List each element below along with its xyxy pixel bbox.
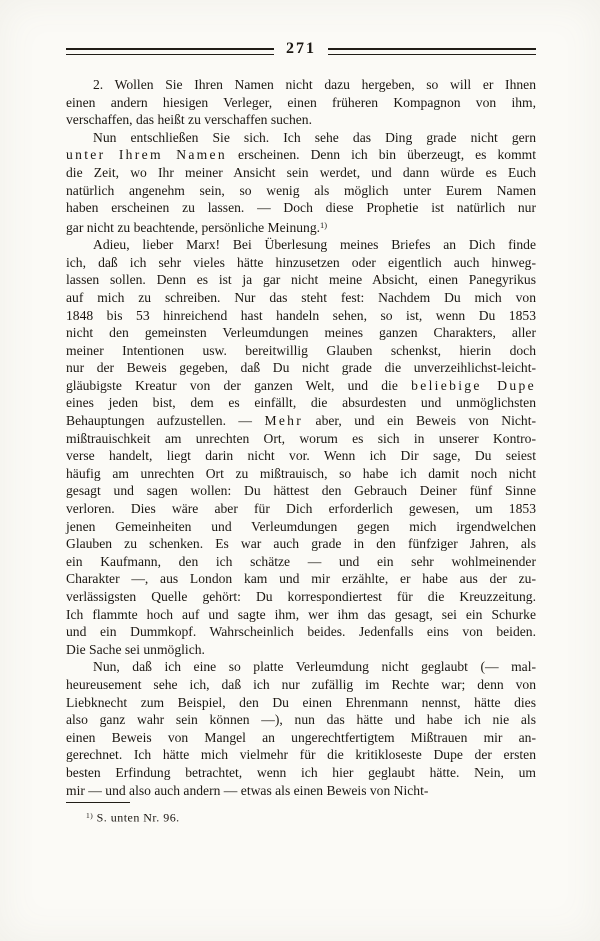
text-line: Die Sache sei unmöglich.	[66, 641, 536, 659]
text-line: Adieu, lieber Marx! Bei Überlesung meine…	[66, 236, 536, 254]
text-line: einen Beweis von Mangel an ungerechtfert…	[66, 729, 536, 747]
text-line: Charakter —, aus London kam und mir erzä…	[66, 570, 536, 588]
text-line: Nun entschließen Sie sich. Ich sehe das …	[66, 129, 536, 147]
text-line: nicht den gemeinsten Verleumdungen meine…	[66, 324, 536, 342]
footnote-body: S. unten Nr. 96.	[93, 810, 180, 824]
text-line: natürlich angenehm sein, so wenig als mö…	[66, 182, 536, 200]
text-line: lassen sollen. Denn es ist ja gar nicht …	[66, 271, 536, 289]
text-line: gerechnet. Ich hätte mich vielmehr für d…	[66, 746, 536, 764]
text-line: nur der Beweis gegeben, daß Du nicht gra…	[66, 359, 536, 377]
text-line: verschaffen, das heißt zu verschaffen su…	[66, 111, 536, 129]
text-line: gar nicht zu beachtende, persönliche Mei…	[66, 217, 536, 236]
text-line: Ich flammte hoch auf und sagte ihm, wer …	[66, 606, 536, 624]
text-line: also ganz wahr sein können —), nun das h…	[66, 711, 536, 729]
text-line: haben erscheinen zu lassen. — Doch diese…	[66, 199, 536, 217]
text-line: auf mich zu schreiben. Nur das steht fes…	[66, 289, 536, 307]
text-line: häufig am unrechten Ort zu mißtrauisch, …	[66, 465, 536, 483]
page-number: 271	[286, 40, 316, 58]
text-line: mir — und also auch andern — etwas als e…	[66, 782, 536, 800]
header-rule-left	[66, 48, 274, 55]
text-line: verlässigsten Quelle gehört: Du korrespo…	[66, 588, 536, 606]
footnote: 1) S. unten Nr. 96.	[66, 802, 536, 825]
text-line: Glauben zu schenken. Es war auch grade i…	[66, 535, 536, 553]
text-line: Liebknecht zum Beispiel, den Du einen Eh…	[66, 694, 536, 712]
text-line: verloren. Dies wäre aber für Dich erford…	[66, 500, 536, 518]
text-line: eines jeden bist, dem es einfällt, die a…	[66, 394, 536, 412]
text-line: und ein Dummkopf. Wahrscheinlich beides.…	[66, 623, 536, 641]
text-line: ein Kaufmann, den ich schätze — und ein …	[66, 553, 536, 571]
paragraph: Nun, daß ich eine so platte Verleumdung …	[66, 658, 536, 799]
paragraph: Adieu, lieber Marx! Bei Überlesung meine…	[66, 236, 536, 658]
text-line: unter Ihrem Namen erscheinen. Denn ich b…	[66, 146, 536, 164]
text-line: meiner Intentionen usw. bereitwillig Gla…	[66, 342, 536, 360]
text-line: gesagt und sagen wollen: Du hättest den …	[66, 482, 536, 500]
text-line: 2. Wollen Sie Ihren Namen nicht dazu her…	[66, 76, 536, 94]
text-line: die Zeit, wo Ihr meiner Ansicht sein wer…	[66, 164, 536, 182]
paragraph: 2. Wollen Sie Ihren Namen nicht dazu her…	[66, 76, 536, 129]
footnote-text: 1) S. unten Nr. 96.	[66, 808, 536, 825]
text-line: einen andern hiesigen Verleger, einen fr…	[66, 94, 536, 112]
text-line: ich, daß ich sehr vieles hätte hinzusetz…	[66, 254, 536, 272]
body-text: 2. Wollen Sie Ihren Namen nicht dazu her…	[66, 76, 536, 799]
text-line: 1848 bis 53 hinreichend hast handeln seh…	[66, 307, 536, 325]
paragraph: Nun entschließen Sie sich. Ich sehe das …	[66, 129, 536, 236]
text-line: Behauptungen aufzustellen. — Mehr aber, …	[66, 412, 536, 430]
text-line: besten Erfindung betrachtet, wenn ich hi…	[66, 764, 536, 782]
page-header: 271	[66, 42, 536, 60]
text-line: verse handelt, liegt darin nicht vor. We…	[66, 447, 536, 465]
text-line: jenen Gemeinheiten und Verleumdungen geg…	[66, 518, 536, 536]
text-line: heureusement sehe ich, daß ich nur zufäl…	[66, 676, 536, 694]
header-rule-right	[328, 48, 536, 55]
text-line: Nun, daß ich eine so platte Verleumdung …	[66, 658, 536, 676]
book-page: 271 2. Wollen Sie Ihren Namen nicht dazu…	[0, 0, 600, 941]
footnote-rule	[66, 802, 130, 803]
text-line: gläubigste Kreatur von der ganzen Welt, …	[66, 377, 536, 395]
text-line: mißtrauischkeit am unrechten Ort, worum …	[66, 430, 536, 448]
